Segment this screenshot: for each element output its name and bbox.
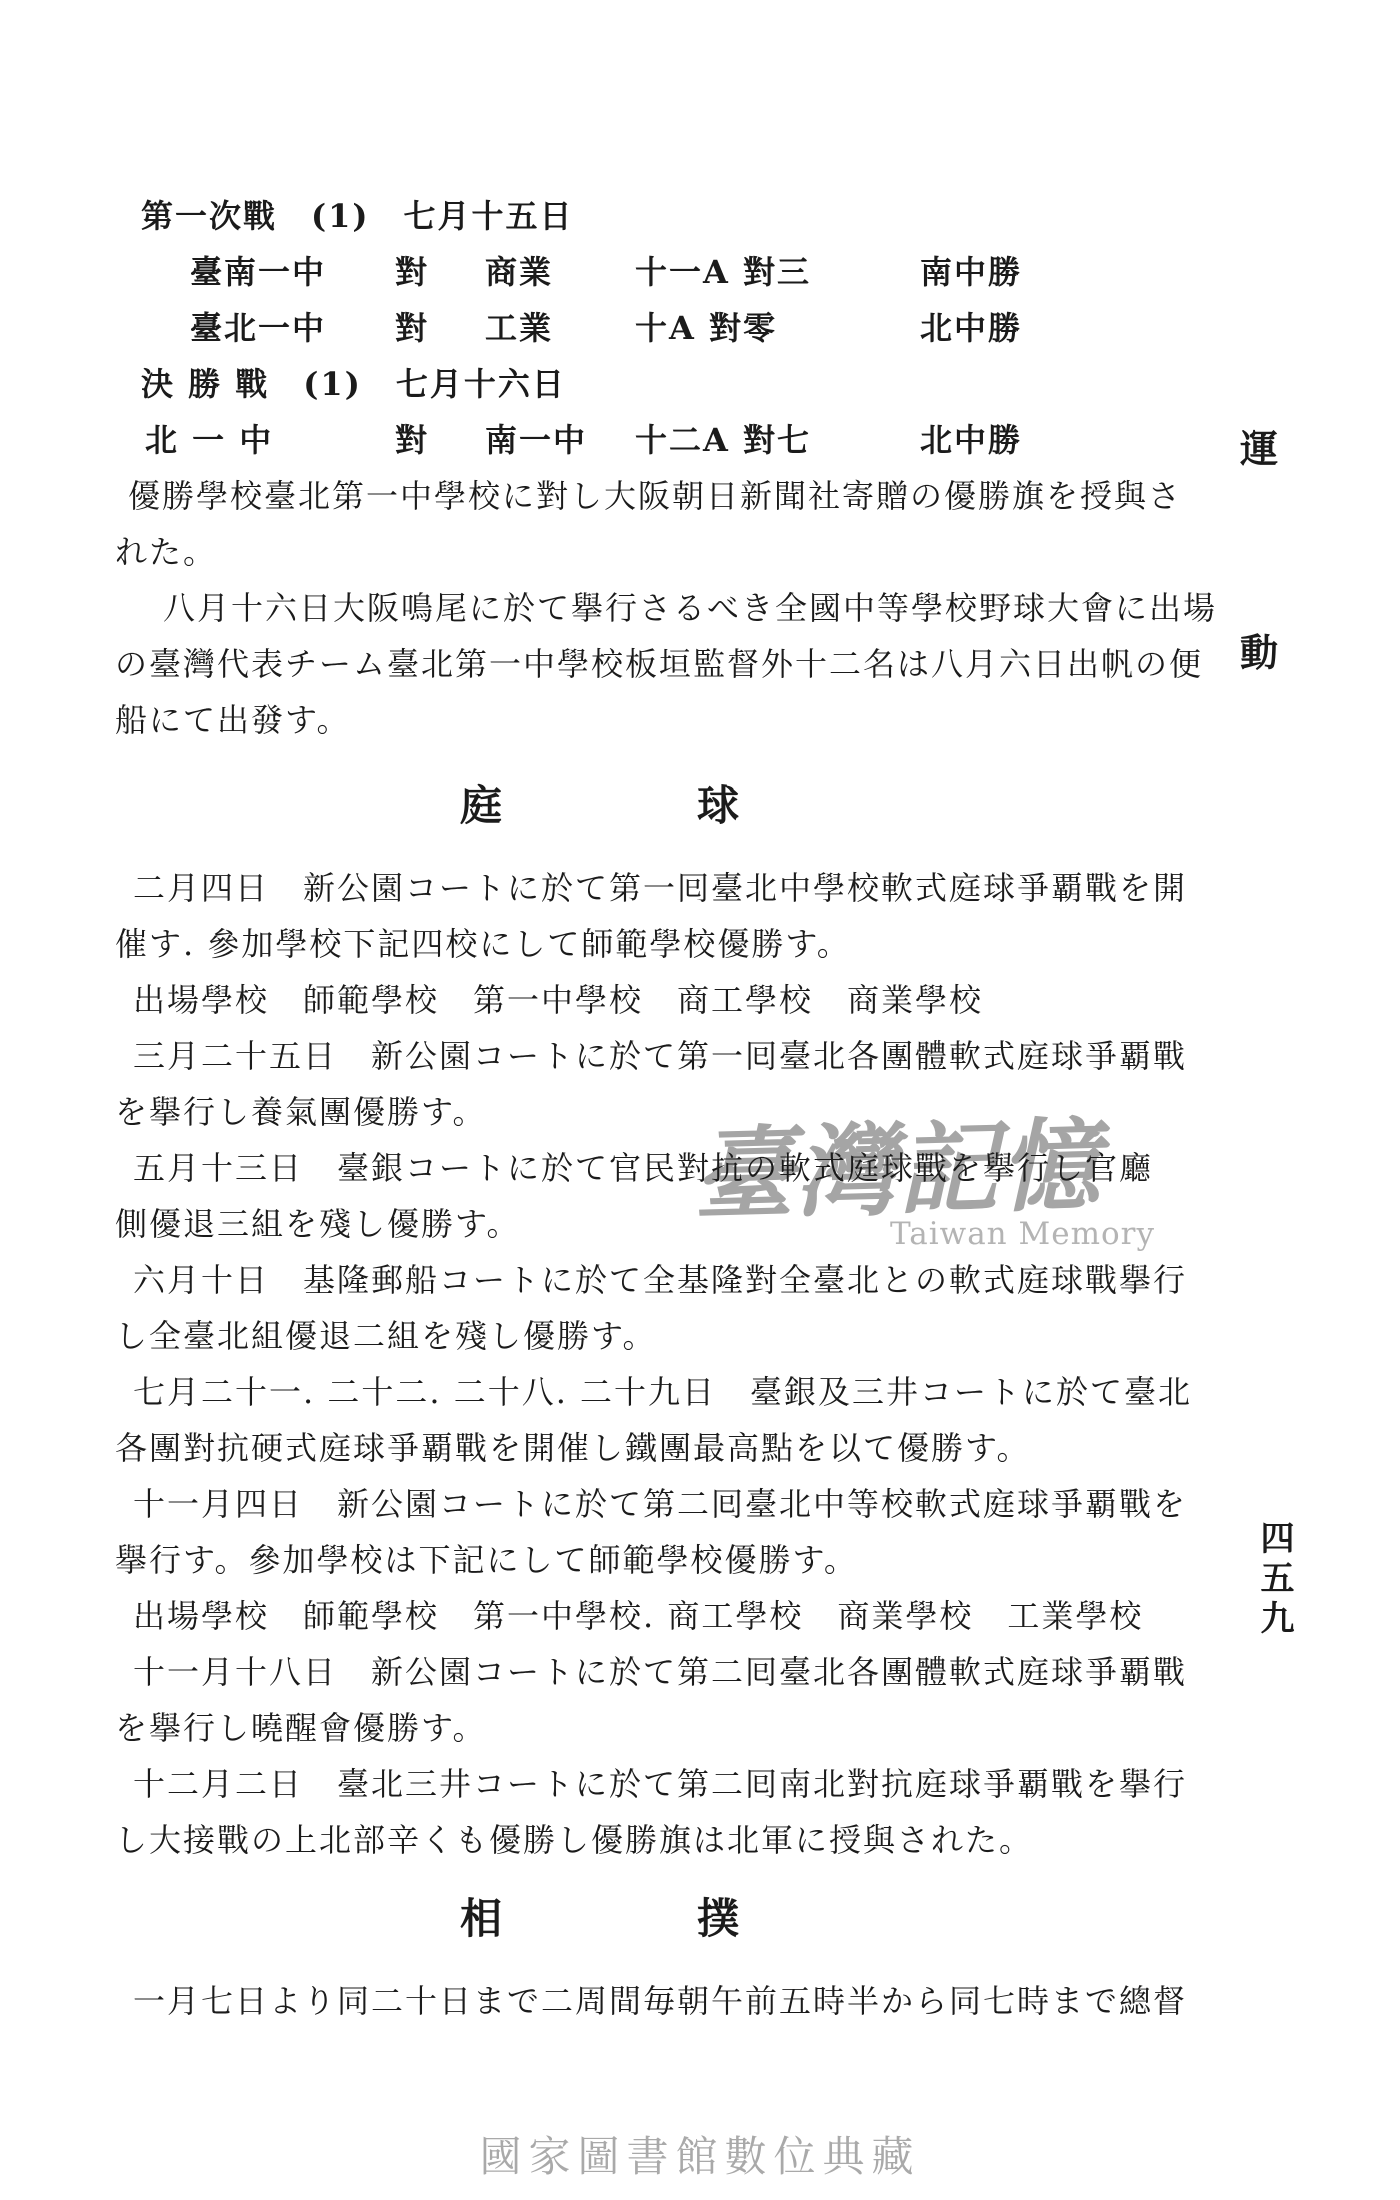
archive-footer: 國家圖書館數位典藏 — [0, 2124, 1400, 2184]
tennis-heading-char-2: 球 — [697, 782, 739, 830]
match-result: 北中勝 — [920, 412, 1022, 468]
tennis-section-heading: 庭 球 — [115, 782, 1215, 830]
baseball-paragraph-line: 優勝學校臺北第一中學校に對し大阪朝日新聞社寄贈の優勝旗を授與さ — [115, 468, 1215, 524]
match-score: 十二A 對七 — [635, 412, 920, 468]
match-score: 十一A 對三 — [635, 244, 920, 300]
match-result: 南中勝 — [920, 244, 1022, 300]
match-vs: 對 — [395, 244, 485, 300]
match-result: 北中勝 — [920, 300, 1022, 356]
sumo-heading-char-1: 相 — [460, 1895, 502, 1943]
match-row: 北 一 中 對 南一中 十二A 對七 北中勝 — [115, 412, 1215, 468]
match-team1: 北 一 中 — [145, 412, 395, 468]
page-number: 四五九 — [1250, 1520, 1299, 1640]
margin-running-title-char-2: 動 — [1240, 622, 1278, 677]
baseball-paragraph-line: れた。 — [115, 524, 1215, 580]
tennis-paragraph-line: 催す. 參加學校下記四校にして師範學校優勝す。 — [115, 916, 1215, 972]
tennis-paragraph-line: 六月十日 基隆郵船コートに於て全基隆對全臺北との軟式庭球戰擧行 — [115, 1252, 1215, 1308]
tennis-paragraph-line: 各團對抗硬式庭球爭覇戰を開催し鐵團最高點を以て優勝す。 — [115, 1420, 1215, 1476]
sumo-paragraph-line: 一月七日より同二十日まで二周間毎朝午前五時半から同七時まで總督 — [115, 1973, 1215, 2029]
baseball-paragraph-line: 船にて出發す。 — [115, 692, 1215, 748]
tennis-paragraph-line: 十一月十八日 新公園コートに於て第二囘臺北各團體軟式庭球爭覇戰 — [115, 1644, 1215, 1700]
match-team2: 工業 — [485, 300, 635, 356]
tennis-school-list-line: 出場學校 師範學校 第一中學校 商工學校 商業學校 — [115, 972, 1215, 1028]
match-team2: 南一中 — [485, 412, 635, 468]
tennis-paragraph-line: を擧行し養氣團優勝す。 — [115, 1084, 1215, 1140]
baseball-final-round-heading: 決 勝 戰 (1) 七月十六日 — [115, 356, 1215, 412]
match-score: 十A 對零 — [635, 300, 920, 356]
baseball-paragraph-line: の臺灣代表チーム臺北第一中學校板垣監督外十二名は八月六日出帆の便 — [115, 636, 1215, 692]
document-page: 臺灣記憶 Taiwan Memory 運 動 四五九 第一次戰 (1) 七月十五… — [0, 0, 1400, 2200]
match-row: 臺北一中 對 工業 十A 對零 北中勝 — [115, 300, 1215, 356]
main-text-column: 第一次戰 (1) 七月十五日 臺南一中 對 商業 十一A 對三 南中勝 臺北一中… — [115, 188, 1215, 2029]
match-team1: 臺北一中 — [190, 300, 395, 356]
tennis-paragraph-line: 七月二十一. 二十二. 二十八. 二十九日 臺銀及三井コートに於て臺北 — [115, 1364, 1215, 1420]
match-team1: 臺南一中 — [190, 244, 395, 300]
match-team2: 商業 — [485, 244, 635, 300]
match-row: 臺南一中 對 商業 十一A 對三 南中勝 — [115, 244, 1215, 300]
match-vs: 對 — [395, 300, 485, 356]
tennis-paragraph-line: を擧行し曉醒會優勝す。 — [115, 1700, 1215, 1756]
tennis-paragraph-line: 十二月二日 臺北三井コートに於て第二囘南北對抗庭球爭覇戰を擧行 — [115, 1756, 1215, 1812]
tennis-paragraph-line: 三月二十五日 新公園コートに於て第一囘臺北各團體軟式庭球爭覇戰 — [115, 1028, 1215, 1084]
baseball-paragraph-line: 八月十六日大阪鳴尾に於て擧行さるべき全國中等學校野球大會に出場 — [115, 580, 1215, 636]
tennis-paragraph-line: 十一月四日 新公園コートに於て第二囘臺北中等校軟式庭球爭覇戰を — [115, 1476, 1215, 1532]
margin-running-title-char-1: 運 — [1240, 418, 1278, 473]
sumo-heading-char-2: 撲 — [697, 1895, 739, 1943]
tennis-paragraph-line: 五月十三日 臺銀コートに於て官民對抗の軟式庭球戰を擧行し官廳 — [115, 1140, 1215, 1196]
tennis-school-list-line: 出場學校 師範學校 第一中學校. 商工學校 商業學校 工業學校 — [115, 1588, 1215, 1644]
tennis-paragraph-line: し大接戰の上北部辛くも優勝し優勝旗は北軍に授與された。 — [115, 1812, 1215, 1868]
tennis-paragraph-line: 擧行す。參加學校は下記にして師範學校優勝す。 — [115, 1532, 1215, 1588]
tennis-paragraph-line: し全臺北組優退二組を殘し優勝す。 — [115, 1308, 1215, 1364]
baseball-first-round-heading: 第一次戰 (1) 七月十五日 — [115, 188, 1215, 244]
sumo-section-heading: 相 撲 — [115, 1895, 1215, 1943]
tennis-paragraph-line: 二月四日 新公園コートに於て第一囘臺北中學校軟式庭球爭覇戰を開 — [115, 860, 1215, 916]
tennis-paragraph-line: 側優退三組を殘し優勝す。 — [115, 1196, 1215, 1252]
match-vs: 對 — [395, 412, 485, 468]
tennis-heading-char-1: 庭 — [460, 782, 502, 830]
